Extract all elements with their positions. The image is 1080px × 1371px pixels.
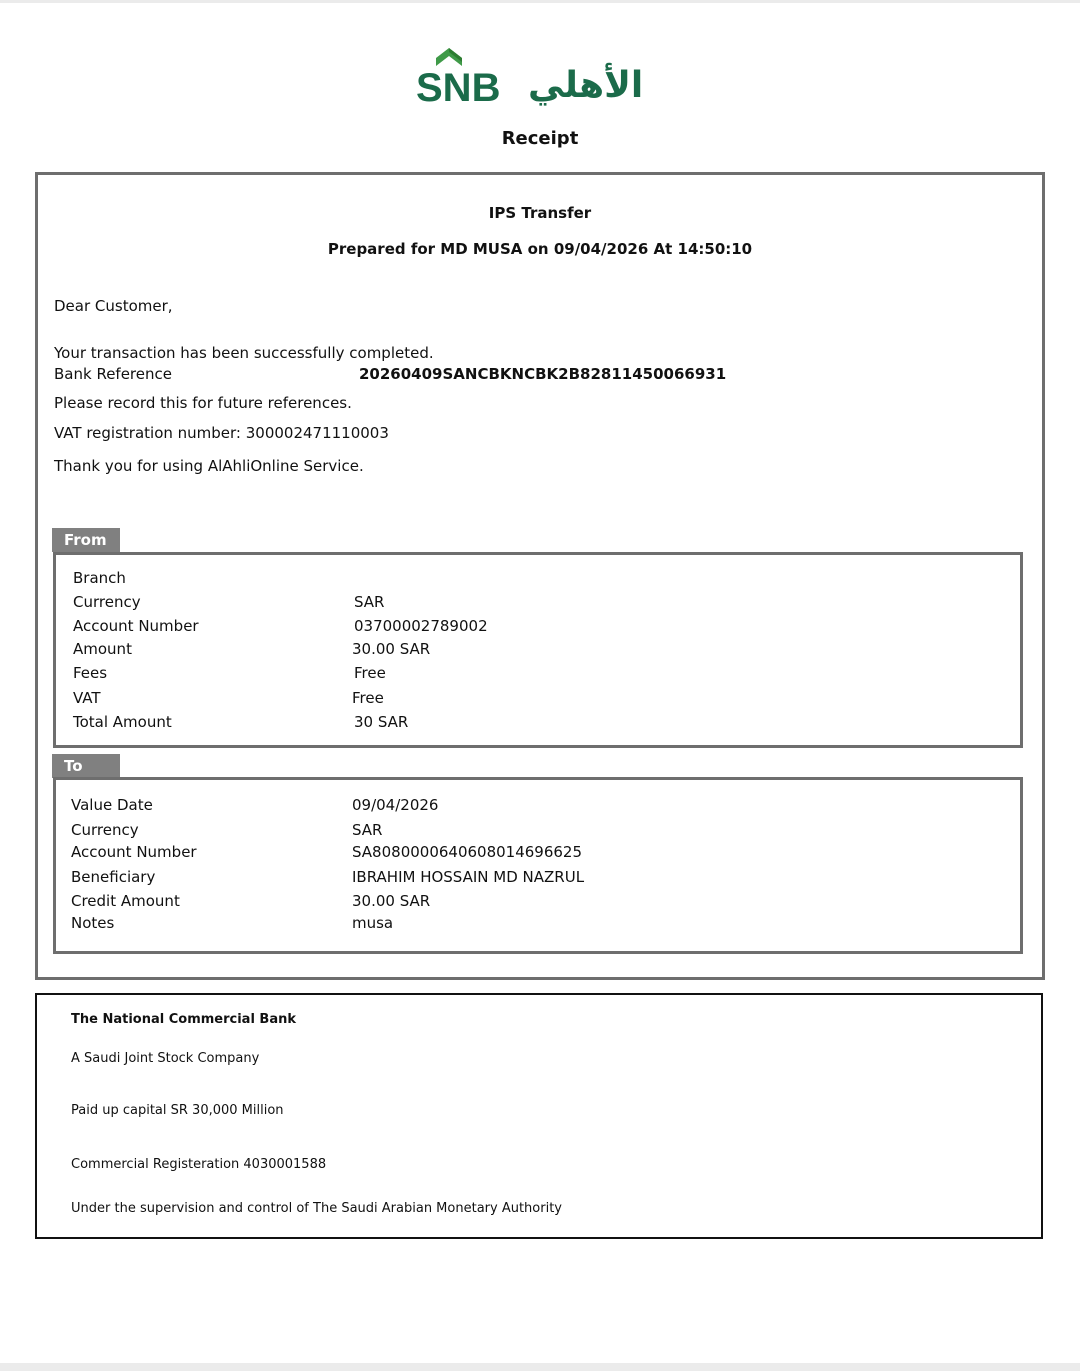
prepared-line: Prepared for MD MUSA on 09/04/2026 At 14…: [38, 240, 1042, 258]
to-row-value: musa: [352, 914, 393, 932]
transaction-type: IPS Transfer: [38, 204, 1042, 222]
to-row-label: Credit Amount: [71, 892, 180, 910]
from-row-label: VAT: [73, 689, 101, 707]
to-section: Value Date09/04/2026CurrencySARAccount N…: [53, 777, 1023, 954]
from-row-value: 30 SAR: [354, 713, 408, 731]
from-row-value: 03700002789002: [354, 617, 488, 635]
from-row-value: 30.00 SAR: [352, 640, 430, 658]
to-row-value: 30.00 SAR: [352, 892, 430, 910]
record-note: Please record this for future references…: [54, 394, 352, 412]
greeting: Dear Customer,: [54, 297, 173, 315]
to-section-tab: To: [52, 754, 120, 778]
receipt-body: IPS Transfer Prepared for MD MUSA on 09/…: [35, 172, 1045, 980]
to-row-label: Notes: [71, 914, 114, 932]
from-section-tab: From: [52, 528, 120, 552]
logo-arabic-text: الأهلي: [528, 62, 643, 110]
footer-registration: Commercial Registeration 4030001588: [71, 1157, 326, 1172]
to-row-label: Currency: [71, 821, 139, 839]
to-row-value: SAR: [352, 821, 382, 839]
from-row-value: SAR: [354, 593, 384, 611]
thanks-message: Thank you for using AlAhliOnline Service…: [54, 457, 364, 475]
roof-icon: [436, 48, 462, 66]
logo-latin-text: SNB: [416, 66, 500, 110]
to-row-value: IBRAHIM HOSSAIN MD NAZRUL: [352, 868, 584, 886]
from-row-label: Currency: [73, 593, 141, 611]
from-row-label: Total Amount: [73, 713, 172, 731]
from-row-value: Free: [352, 689, 384, 707]
bank-reference-label: Bank Reference: [54, 365, 172, 383]
to-row-label: Value Date: [71, 796, 153, 814]
bank-reference-value: 20260409SANCBKNCBK2B82811450066931: [359, 365, 726, 383]
to-row-value: 09/04/2026: [352, 796, 438, 814]
page-top-edge: [0, 0, 1080, 3]
to-row-label: Beneficiary: [71, 868, 155, 886]
footer-supervision: Under the supervision and control of The…: [71, 1201, 562, 1216]
from-row-value: Free: [354, 664, 386, 682]
from-row-label: Fees: [73, 664, 107, 682]
to-row-label: Account Number: [71, 843, 197, 861]
snb-logo: SNB الأهلي: [414, 46, 644, 110]
bank-footer: The National Commercial Bank A Saudi Joi…: [35, 993, 1043, 1239]
from-row-label: Branch: [73, 569, 126, 587]
vat-registration: VAT registration number: 300002471110003: [54, 424, 389, 442]
status-message: Your transaction has been successfully c…: [54, 344, 434, 362]
to-row-value: SA8080000640608014696625: [352, 843, 582, 861]
page-title: Receipt: [0, 128, 1080, 149]
footer-bank-name: The National Commercial Bank: [71, 1012, 296, 1027]
footer-company-type: A Saudi Joint Stock Company: [71, 1051, 259, 1066]
footer-capital: Paid up capital SR 30,000 Million: [71, 1103, 284, 1118]
from-row-label: Amount: [73, 640, 132, 658]
page-bottom-edge: [0, 1363, 1080, 1371]
from-row-label: Account Number: [73, 617, 199, 635]
from-section: BranchCurrencySARAccount Number037000027…: [53, 552, 1023, 748]
